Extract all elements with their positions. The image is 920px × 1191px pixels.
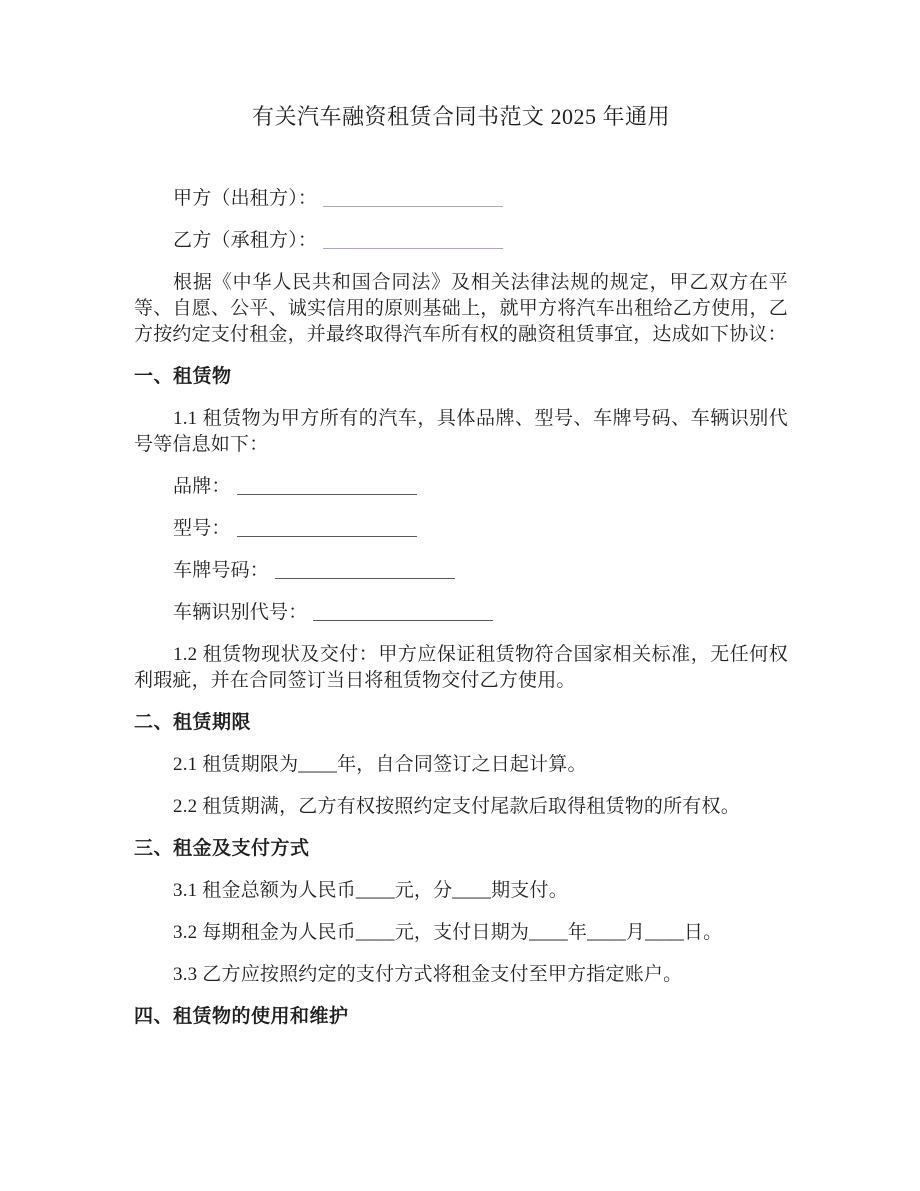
field-brand-label: 品牌： xyxy=(173,476,231,497)
preamble-paragraph: 根据《中华人民共和国合同法》及相关法律法规的规定，甲乙双方在平等、自愿、公平、诚… xyxy=(134,270,788,348)
field-plate-label: 车牌号码： xyxy=(173,560,269,581)
section-2-heading: 二、租赁期限 xyxy=(134,710,788,736)
field-brand-blank-line xyxy=(237,478,417,495)
clause-2-1: 2.1 租赁期限为____年，自合同签订之日起计算。 xyxy=(134,752,788,778)
clause-1-1: 1.1 租赁物为甲方所有的汽车，具体品牌、型号、车牌号码、车辆识别代号等信息如下… xyxy=(134,406,788,458)
field-brand-row: 品牌： xyxy=(134,474,788,500)
field-model-row: 型号： xyxy=(134,516,788,542)
party-b-row: 乙方（承租方）： xyxy=(134,228,788,254)
party-a-label: 甲方（出租方）： xyxy=(173,188,317,209)
document-title: 有关汽车融资租赁合同书范文 2025 年通用 xyxy=(134,102,788,132)
clause-3-3: 3.3 乙方应按照约定的支付方式将租金支付至甲方指定账户。 xyxy=(134,962,788,988)
field-vin-row: 车辆识别代号： xyxy=(134,600,788,626)
party-b-label: 乙方（承租方）： xyxy=(173,230,317,251)
clause-1-2: 1.2 租赁物现状及交付：甲方应保证租赁物符合国家相关标准，无任何权利瑕疵，并在… xyxy=(134,642,788,694)
field-vin-label: 车辆识别代号： xyxy=(173,602,307,623)
section-3-heading: 三、租金及支付方式 xyxy=(134,836,788,862)
field-model-label: 型号： xyxy=(173,518,231,539)
clause-3-1: 3.1 租金总额为人民币____元，分____期支付。 xyxy=(134,878,788,904)
field-plate-blank-line xyxy=(275,562,455,579)
section-4-heading: 四、租赁物的使用和维护 xyxy=(134,1004,788,1030)
party-b-blank-line xyxy=(323,232,503,249)
party-a-row: 甲方（出租方）： xyxy=(134,186,788,212)
field-vin-blank-line xyxy=(313,604,493,621)
party-a-blank-line xyxy=(323,190,503,207)
clause-2-2: 2.2 租赁期满，乙方有权按照约定支付尾款后取得租赁物的所有权。 xyxy=(134,794,788,820)
field-model-blank-line xyxy=(237,520,417,537)
contract-document-page: 有关汽车融资租赁合同书范文 2025 年通用 甲方（出租方）： 乙方（承租方）：… xyxy=(0,0,920,1191)
field-plate-row: 车牌号码： xyxy=(134,558,788,584)
section-1-heading: 一、租赁物 xyxy=(134,364,788,390)
clause-3-2: 3.2 每期租金为人民币____元，支付日期为____年____月____日。 xyxy=(134,920,788,946)
